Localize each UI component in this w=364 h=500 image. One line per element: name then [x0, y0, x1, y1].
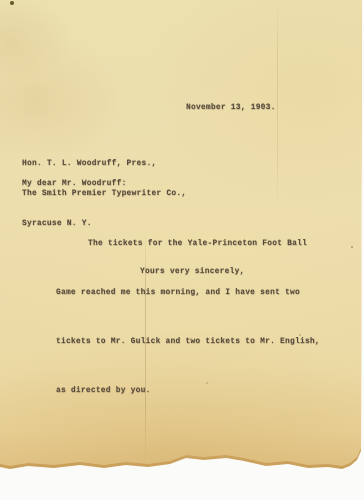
body-line: Game reached me this morning, and I have…: [56, 285, 320, 301]
letter-paper: November 13, 1903. Hon. T. L. Woodruff, …: [0, 0, 362, 470]
body-line: The tickets for the Yale-Princeton Foot …: [56, 236, 320, 252]
letter-body: The tickets for the Yale-Princeton Foot …: [56, 203, 320, 433]
paper-speck: [351, 246, 353, 248]
letter-date: November 13, 1903.: [186, 104, 276, 112]
closing: Yours very sincerely,: [140, 268, 245, 276]
paper-crease-vertical: [277, 0, 278, 210]
address-line: The Smith Premier Typewriter Co.,: [22, 189, 186, 199]
body-line: tickets to Mr. Gulick and two tickets to…: [56, 334, 320, 350]
scanned-letter: November 13, 1903. Hon. T. L. Woodruff, …: [0, 0, 364, 500]
body-line: as directed by you.: [56, 383, 320, 399]
address-line: Hon. T. L. Woodruff, Pres.,: [22, 159, 186, 169]
paper-speck: [10, 1, 14, 5]
salutation: My dear Mr. Woodruff:: [22, 180, 127, 188]
